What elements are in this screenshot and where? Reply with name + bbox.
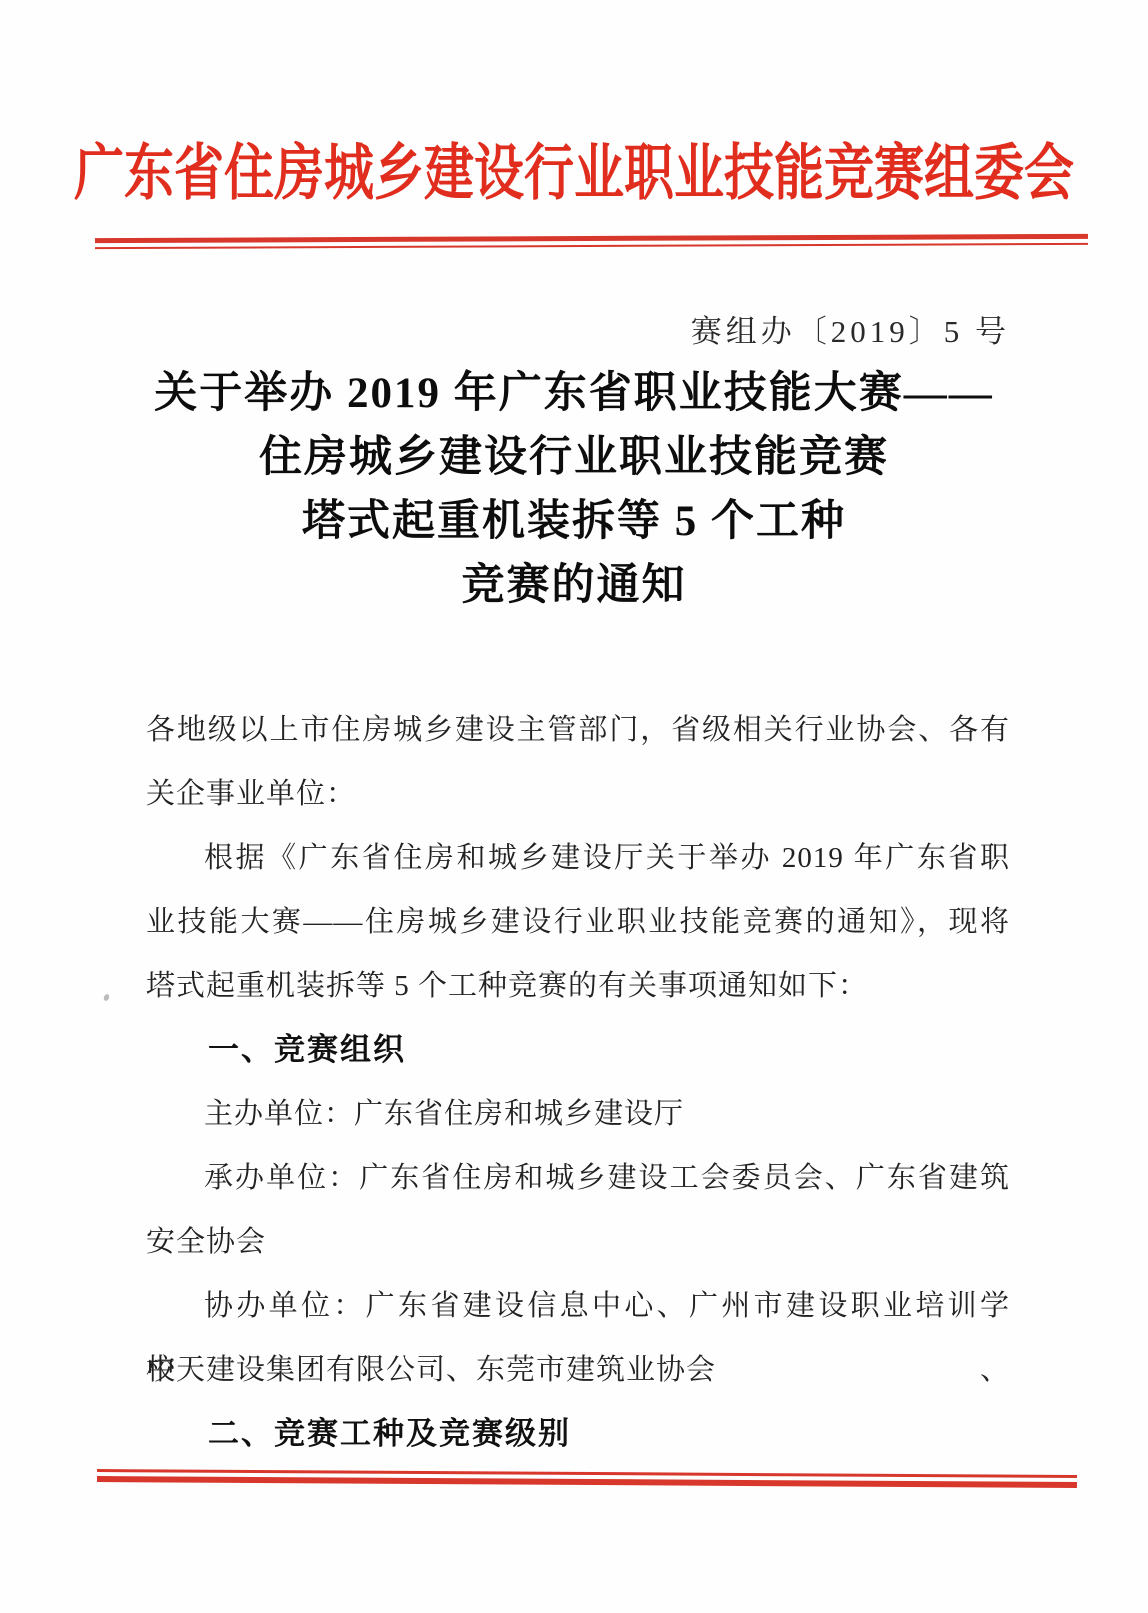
header-double-rule — [95, 234, 1088, 249]
body-line: 业技能大赛——住房城乡建设行业职业技能竞赛的通知》，现将 — [146, 890, 1010, 954]
footer-rule-thick — [97, 1476, 1077, 1488]
notice-title: 关于举办 2019 年广东省职业技能大赛—— 住房城乡建设行业职业技能竞赛 塔式… — [0, 362, 1148, 618]
body-line-undertaker: 承办单位：广东省住房和城乡建设工会委员会、广东省建筑 — [146, 1146, 1010, 1210]
notice-title-line: 竞赛的通知 — [0, 554, 1148, 618]
body-line-undertaker: 安全协会 — [146, 1210, 1010, 1274]
body-line-organizer: 主办单位：广东省住房和城乡建设厅 — [146, 1082, 1010, 1146]
body-line: 根据《广东省住房和城乡建设厅关于举办 2019 年广东省职 — [146, 826, 1010, 890]
header-rule-thick — [95, 234, 1088, 243]
body-line-salutation: 各地级以上市住房城乡建设主管部门，省级相关行业协会、各有 — [146, 698, 1010, 762]
letterhead-title: 广东省住房城乡建设行业职业技能竞赛组委会 — [0, 124, 1148, 212]
body-line: 塔式起重机装拆等 5 个工种竞赛的有关事项通知如下： — [146, 954, 1010, 1018]
body-line-salutation: 关企事业单位： — [146, 762, 1010, 826]
notice-title-line: 关于举办 2019 年广东省职业技能大赛—— — [0, 362, 1148, 426]
header-rule-thin — [95, 243, 1088, 249]
footer-double-rule — [97, 1469, 1077, 1488]
notice-body: 各地级以上市住房城乡建设主管部门，省级相关行业协会、各有 关企事业单位： 根据《… — [146, 698, 1010, 1466]
document-page: 广东省住房城乡建设行业职业技能竞赛组委会 赛组办〔2019〕5 号 关于举办 2… — [0, 0, 1148, 1613]
scan-speck — [103, 993, 110, 1001]
section-heading-2: 二、竞赛工种及竞赛级别 — [146, 1402, 1010, 1466]
notice-title-line: 塔式起重机装拆等 5 个工种 — [0, 490, 1148, 554]
notice-title-line: 住房城乡建设行业职业技能竞赛 — [0, 426, 1148, 490]
section-heading-1: 一、竞赛组织 — [146, 1018, 1010, 1082]
body-line-coorganizer: 协办单位：广东省建设信息中心、广州市建设职业培训学校、 — [146, 1274, 1010, 1338]
document-number: 赛组办〔2019〕5 号 — [691, 306, 1010, 351]
